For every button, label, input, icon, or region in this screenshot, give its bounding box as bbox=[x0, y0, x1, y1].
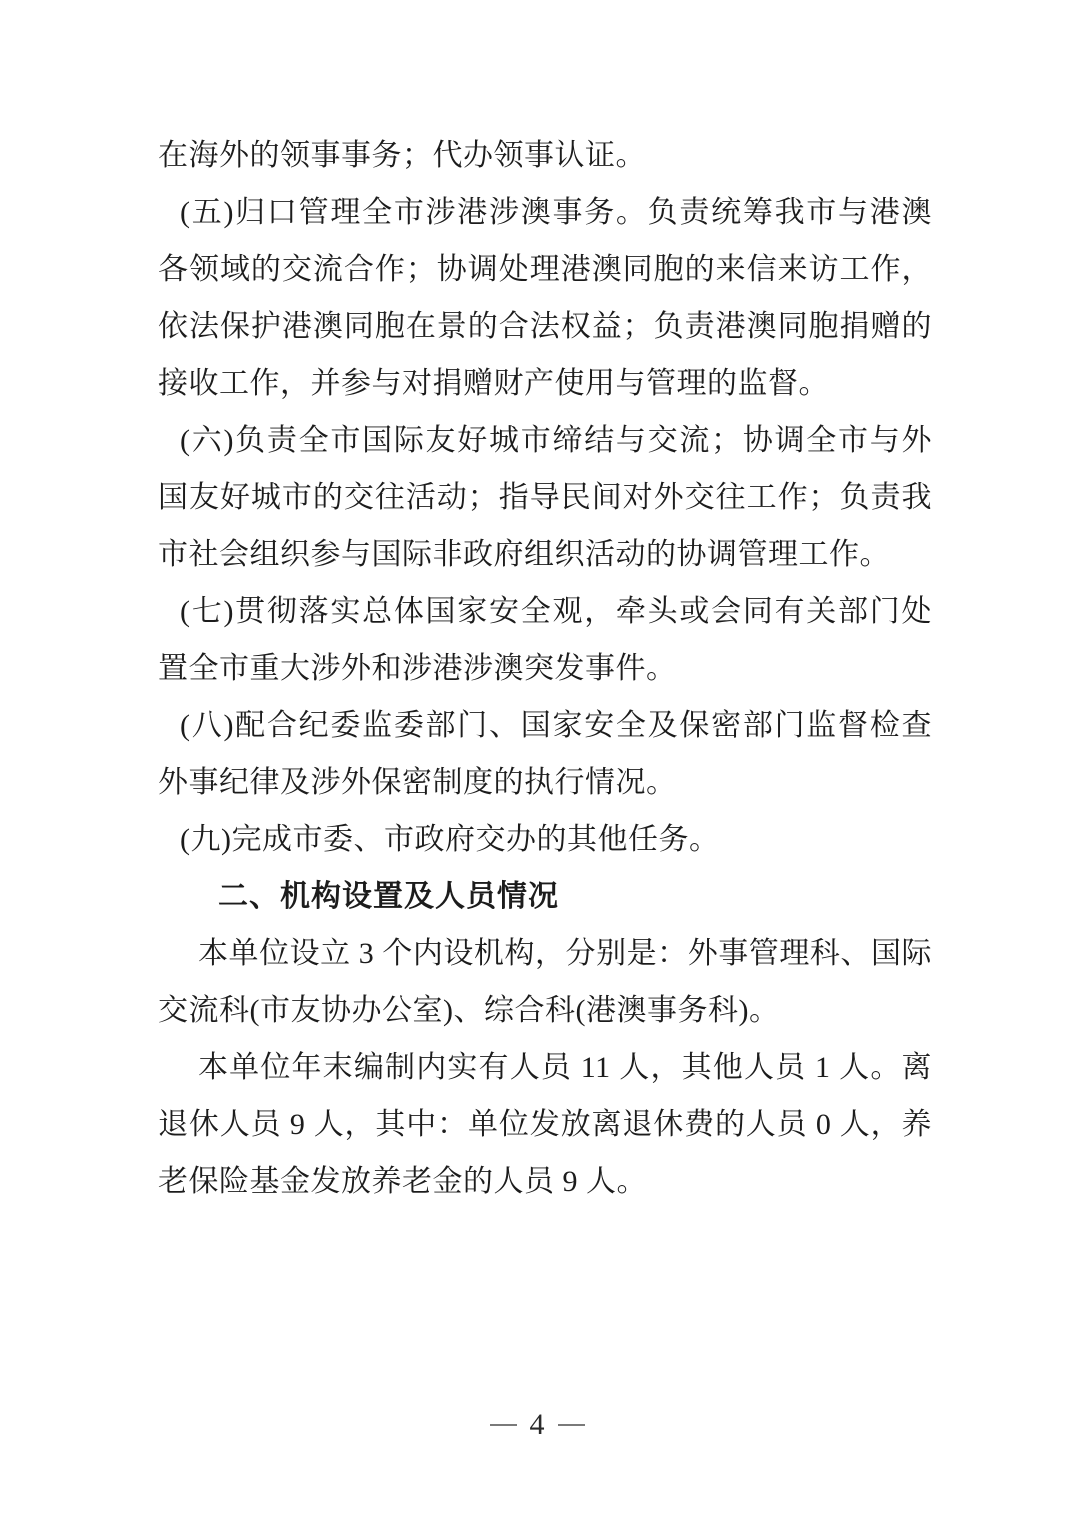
page-footer: 4 bbox=[0, 1405, 1074, 1445]
paragraph-item-6: (六)负责全市国际友好城市缔结与交流；协调全市与外国友好城市的交往活动；指导民间… bbox=[158, 412, 932, 583]
paragraph-item-7: (七)贯彻落实总体国家安全观，牵头或会同有关部门处置全市重大涉外和涉港涉澳突发事… bbox=[158, 583, 932, 697]
paragraph-item-9: (九)完成市委、市政府交办的其他任务。 bbox=[158, 811, 932, 868]
paragraph-staffing-numbers: 本单位年末编制内实有人员 11 人，其他人员 1 人。离退休人员 9 人，其中：… bbox=[158, 1039, 932, 1210]
paragraph-item-5: (五)归口管理全市涉港涉澳事务。负责统筹我市与港澳各领域的交流合作；协调处理港澳… bbox=[158, 184, 932, 412]
footer-dash-right bbox=[558, 1424, 585, 1426]
page-number: 4 bbox=[530, 1405, 545, 1445]
paragraph-item-8: (八)配合纪委监委部门、国家安全及保密部门监督检查外事纪律及涉外保密制度的执行情… bbox=[158, 697, 932, 811]
footer-dash-left bbox=[490, 1424, 517, 1426]
paragraph-continuation: 在海外的领事事务；代办领事认证。 bbox=[158, 127, 932, 184]
document-body: 在海外的领事事务；代办领事认证。 (五)归口管理全市涉港涉澳事务。负责统筹我市与… bbox=[158, 127, 932, 1210]
document-page: 在海外的领事事务；代办领事认证。 (五)归口管理全市涉港涉澳事务。负责统筹我市与… bbox=[0, 0, 1074, 1520]
paragraph-internal-departments: 本单位设立 3 个内设机构，分别是：外事管理科、国际交流科(市友协办公室)、综合… bbox=[158, 925, 932, 1039]
section-heading-organization: 二、机构设置及人员情况 bbox=[158, 868, 932, 925]
